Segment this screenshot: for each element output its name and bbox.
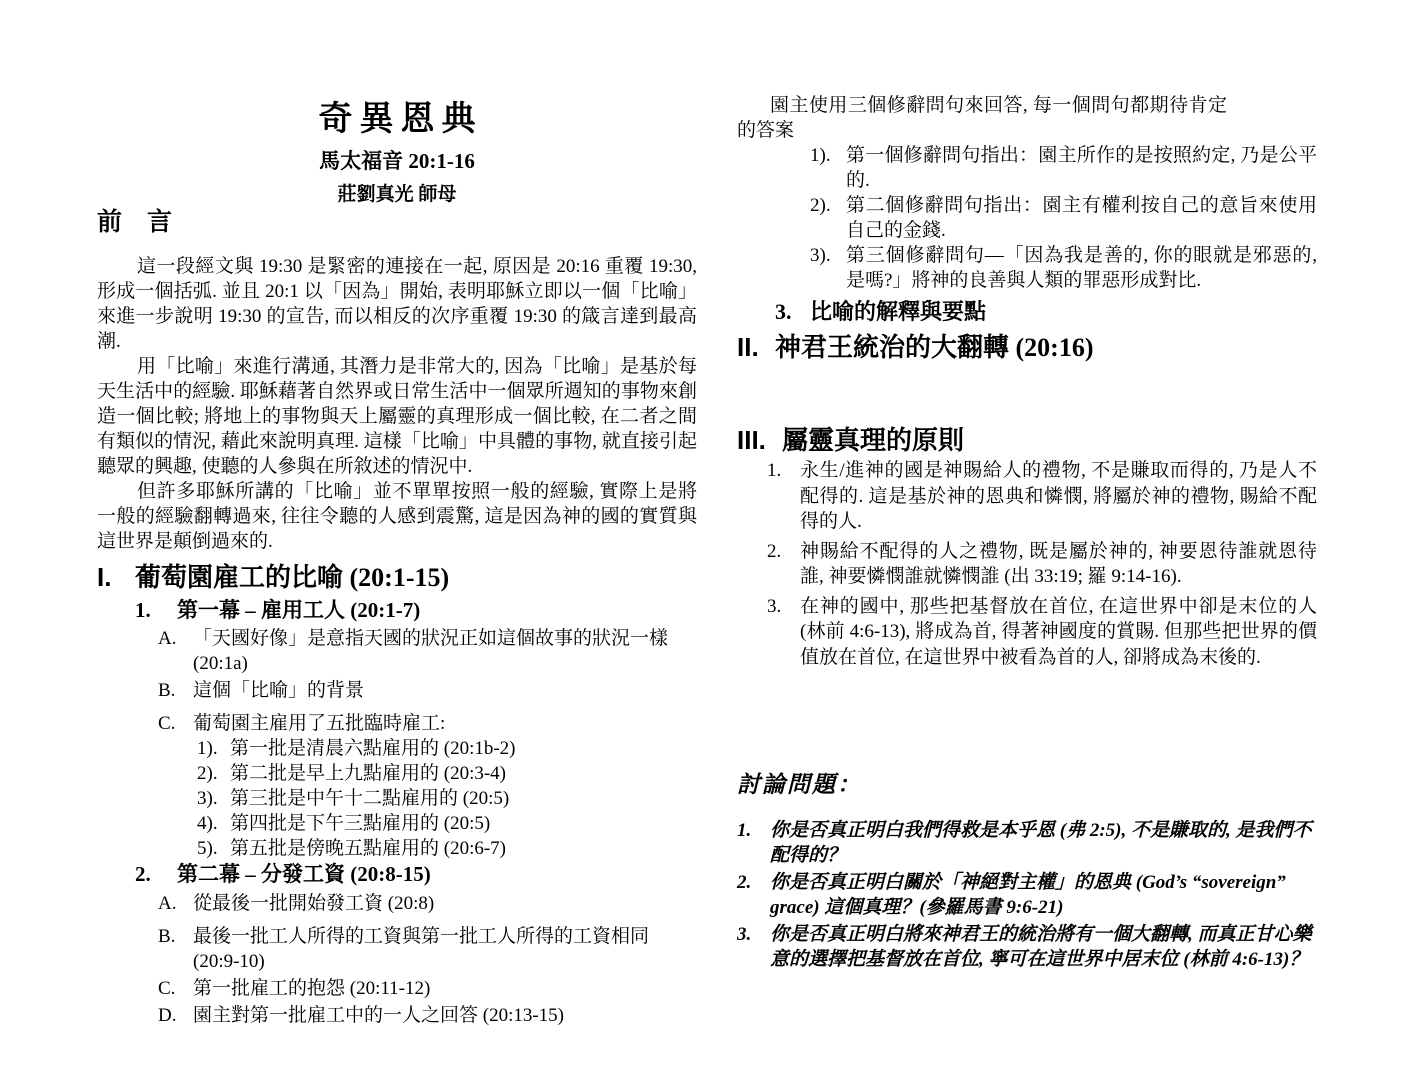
item-marker: C. (158, 711, 193, 736)
scene-1-heading: 1. 第一幕 – 雇用工人 (20:1-7) (135, 597, 697, 623)
section-1-marker: I. (97, 562, 135, 593)
item-marker: A. (158, 626, 193, 676)
scene-1-title: 第一幕 – 雇用工人 (20:1-7) (177, 597, 420, 623)
section-2-title: 神君王統治的大翻轉 (20:16) (775, 332, 1093, 363)
hire-batch-5: 5). 第五批是傍晚五點雇用的 (20:6-7) (197, 836, 697, 861)
page-title: 奇異恩典 (97, 100, 697, 140)
item-text: 最後一批工人所得的工資與第一批工人所得的工資相同 (20:9-10) (193, 924, 697, 974)
item-marker: C. (158, 976, 193, 1001)
scripture-reference: 馬太福音 20:1-16 (97, 145, 697, 175)
item-marker: 3). (197, 786, 230, 811)
document-header: 奇異恩典 馬太福音 20:1-16 莊劉真光 師母 (97, 100, 697, 206)
discussion-questions-list: 1. 你是否真正明白我們得救是本乎恩 (弗 2:5), 不是賺取的, 是我們不配… (737, 818, 1317, 972)
item-text: 第一批是清晨六點雇用的 (20:1b-2) (230, 736, 516, 761)
rhetorical-question-3: 3). 第三個修辭問句—「因為我是善的, 你的眼就是邪惡的, 是嗎?」將神的良善… (810, 243, 1317, 293)
item-marker: 1). (810, 143, 846, 193)
principle-1: 1. 永生/進神的國是神賜給人的禮物, 不是賺取而得的, 乃是人不配得的. 這是… (767, 458, 1317, 535)
right-column: 園主使用三個修辭問句來回答, 每一個問句都期待肯定的答案 1). 第一個修辭問句… (737, 0, 1319, 972)
item-marker: B. (158, 924, 193, 974)
section-1-title: 葡萄園雇工的比喻 (20:1-15) (135, 562, 449, 593)
item-marker: 1. (737, 818, 770, 868)
discussion-question-2: 2. 你是否真正明白關於「神絕對主權」的恩典 (God’s “sovereign… (737, 870, 1317, 920)
item-marker: A. (158, 891, 193, 916)
hire-batch-3: 3). 第三批是中午十二點雇用的 (20:5) (197, 786, 697, 811)
item-text: 從最後一批開始發工資 (20:8) (193, 891, 434, 916)
rhetorical-question-2: 2). 第二個修辭問句指出：園主有權利按自己的意旨來使用自己的金錢. (810, 193, 1317, 243)
item-marker: B. (158, 678, 193, 703)
point-marker: 3. (775, 298, 810, 326)
item-text: 第一批雇工的抱怨 (20:11-12) (193, 976, 430, 1001)
document-page: 奇異恩典 馬太福音 20:1-16 莊劉真光 師母 前 言 這一段經文與 19:… (0, 0, 1408, 1088)
item-text: 神賜給不配得的人之禮物, 既是屬於神的, 神要恩待誰就恩待誰, 神要憐憫誰就憐憫… (800, 539, 1317, 590)
author-name: 莊劉真光 師母 (97, 179, 697, 206)
item-marker: 5). (197, 836, 230, 861)
section-2-marker: II. (737, 332, 775, 363)
item-marker: 2. (737, 870, 770, 920)
rhetorical-question-1: 1). 第一個修辭問句指出：園主所作的是按照約定, 乃是公平的. (810, 143, 1317, 193)
right-column-content: 園主使用三個修辭問句來回答, 每一個問句都期待肯定的答案 1). 第一個修辭問句… (737, 0, 1319, 972)
preface-paragraphs: 這一段經文與 19:30 是緊密的連接在一起, 原因是 20:16 重覆 19:… (97, 254, 697, 554)
preface-paragraph-2: 用「比喻」來進行溝通, 其潛力是非常大的, 因為「比喻」是基於每天生活中的經驗.… (97, 354, 697, 479)
item-marker: 2). (810, 193, 846, 243)
section-1-heading: I. 葡萄園雇工的比喻 (20:1-15) (97, 562, 697, 593)
point-title: 比喻的解釋與要點 (810, 298, 986, 326)
outline-item-C: C. 葡萄園主雇用了五批臨時雇工: (158, 711, 697, 736)
item-marker: 4). (197, 811, 230, 836)
item-text: 「天國好像」是意指天國的狀況正如這個故事的狀況一樣 (20:1a) (193, 626, 697, 676)
scanned-sermon-document: { "colors": { "text": "#000000", "backgr… (0, 0, 1408, 1088)
item-text: 你是否真正明白將來神君王的統治將有一個大翻轉, 而真正甘心樂意的選擇把基督放在首… (770, 922, 1317, 972)
item-text: 葡萄園主雇用了五批臨時雇工: (193, 711, 445, 736)
item-text: 這個「比喻」的背景 (193, 678, 364, 703)
discussion-heading: 討論問題： (737, 770, 1319, 800)
preface-paragraph-3: 但許多耶穌所講的「比喻」並不單單按照一般的經驗, 實際上是將一般的經驗翻轉過來,… (97, 479, 697, 554)
item-marker: D. (158, 1003, 193, 1028)
scene-1-marker: 1. (135, 597, 177, 623)
item-text: 第五批是傍晚五點雇用的 (20:6-7) (230, 836, 506, 861)
item-marker: 3). (810, 243, 846, 293)
outline-item-A: A. 「天國好像」是意指天國的狀況正如這個故事的狀況一樣 (20:1a) (158, 626, 697, 676)
item-text: 第一個修辭問句指出：園主所作的是按照約定, 乃是公平的. (846, 143, 1317, 193)
item-text: 第四批是下午三點雇用的 (20:5) (230, 811, 490, 836)
preface-heading: 前 言 (97, 208, 697, 238)
spiritual-principles-list: 1. 永生/進神的國是神賜給人的禮物, 不是賺取而得的, 乃是人不配得的. 這是… (767, 458, 1317, 670)
scene-2-block: 2. 第二幕 – 分發工資 (20:8-15) A. 從最後一批開始發工資 (2… (135, 861, 697, 1028)
section-2-heading: II. 神君王統治的大翻轉 (20:16) (737, 332, 1319, 363)
item-marker: 2). (197, 761, 230, 786)
scene-2-title: 第二幕 – 分發工資 (20:8-15) (177, 861, 431, 887)
item-text: 園主對第一批雇工中的一人之回答 (20:13-15) (193, 1003, 564, 1028)
rhetorical-questions-list: 1). 第一個修辭問句指出：園主所作的是按照約定, 乃是公平的. 2). 第二個… (810, 143, 1317, 293)
item-marker: 3. (737, 922, 770, 972)
item-text: 永生/進神的國是神賜給人的禮物, 不是賺取而得的, 乃是人不配得的. 這是基於神… (800, 458, 1317, 535)
scene-1-block: 1. 第一幕 – 雇用工人 (20:1-7) A. 「天國好像」是意指天國的狀況… (135, 597, 697, 861)
item-text: 第三批是中午十二點雇用的 (20:5) (230, 786, 509, 811)
item-marker: 3. (767, 594, 800, 671)
discussion-question-1: 1. 你是否真正明白我們得救是本乎恩 (弗 2:5), 不是賺取的, 是我們不配… (737, 818, 1317, 868)
scene-2-marker: 2. (135, 861, 177, 887)
item-text: 你是否真正明白關於「神絕對主權」的恩典 (God’s “sovereign” g… (770, 870, 1317, 920)
principle-3: 3. 在神的國中, 那些把基督放在首位, 在這世界中卻是末位的人 (林前 4:6… (767, 594, 1317, 671)
answer-intro-paragraph: 園主使用三個修辭問句來回答, 每一個問句都期待肯定的答案 (737, 93, 1227, 143)
item-text: 在神的國中, 那些把基督放在首位, 在這世界中卻是末位的人 (林前 4:6-13… (800, 594, 1317, 671)
section-3-heading: III. 屬靈真理的原則 (737, 425, 1319, 456)
outline-item-D: D. 園主對第一批雇工中的一人之回答 (20:13-15) (158, 1003, 697, 1028)
discussion-question-3: 3. 你是否真正明白將來神君王的統治將有一個大翻轉, 而真正甘心樂意的選擇把基督… (737, 922, 1317, 972)
item-marker: 1). (197, 736, 230, 761)
interpretation-point-heading: 3. 比喻的解釋與要點 (775, 298, 1319, 326)
scene-2-heading: 2. 第二幕 – 分發工資 (20:8-15) (135, 861, 697, 887)
hire-batch-2: 2). 第二批是早上九點雇用的 (20:3-4) (197, 761, 697, 786)
item-text: 第二批是早上九點雇用的 (20:3-4) (230, 761, 506, 786)
outline-item-C: C. 第一批雇工的抱怨 (20:11-12) (158, 976, 697, 1001)
left-column: 奇異恩典 馬太福音 20:1-16 莊劉真光 師母 前 言 這一段經文與 19:… (97, 0, 697, 1028)
section-3-title: 屬靈真理的原則 (782, 425, 964, 456)
item-text: 第三個修辭問句—「因為我是善的, 你的眼就是邪惡的, 是嗎?」將神的良善與人類的… (846, 243, 1317, 293)
outline-item-B: B. 最後一批工人所得的工資與第一批工人所得的工資相同 (20:9-10) (158, 924, 697, 974)
outline-item-A: A. 從最後一批開始發工資 (20:8) (158, 891, 697, 916)
item-marker: 2. (767, 539, 800, 590)
hire-batch-4: 4). 第四批是下午三點雇用的 (20:5) (197, 811, 697, 836)
item-text: 第二個修辭問句指出：園主有權利按自己的意旨來使用自己的金錢. (846, 193, 1317, 243)
section-3-marker: III. (737, 425, 782, 456)
item-text: 你是否真正明白我們得救是本乎恩 (弗 2:5), 不是賺取的, 是我們不配得的？ (770, 818, 1317, 868)
hire-batches-list: 1). 第一批是清晨六點雇用的 (20:1b-2) 2). 第二批是早上九點雇用… (197, 736, 697, 861)
hire-batch-1: 1). 第一批是清晨六點雇用的 (20:1b-2) (197, 736, 697, 761)
item-marker: 1. (767, 458, 800, 535)
preface-paragraph-1: 這一段經文與 19:30 是緊密的連接在一起, 原因是 20:16 重覆 19:… (97, 254, 697, 354)
outline-item-B: B. 這個「比喻」的背景 (158, 678, 697, 703)
principle-2: 2. 神賜給不配得的人之禮物, 既是屬於神的, 神要恩待誰就恩待誰, 神要憐憫誰… (767, 539, 1317, 590)
